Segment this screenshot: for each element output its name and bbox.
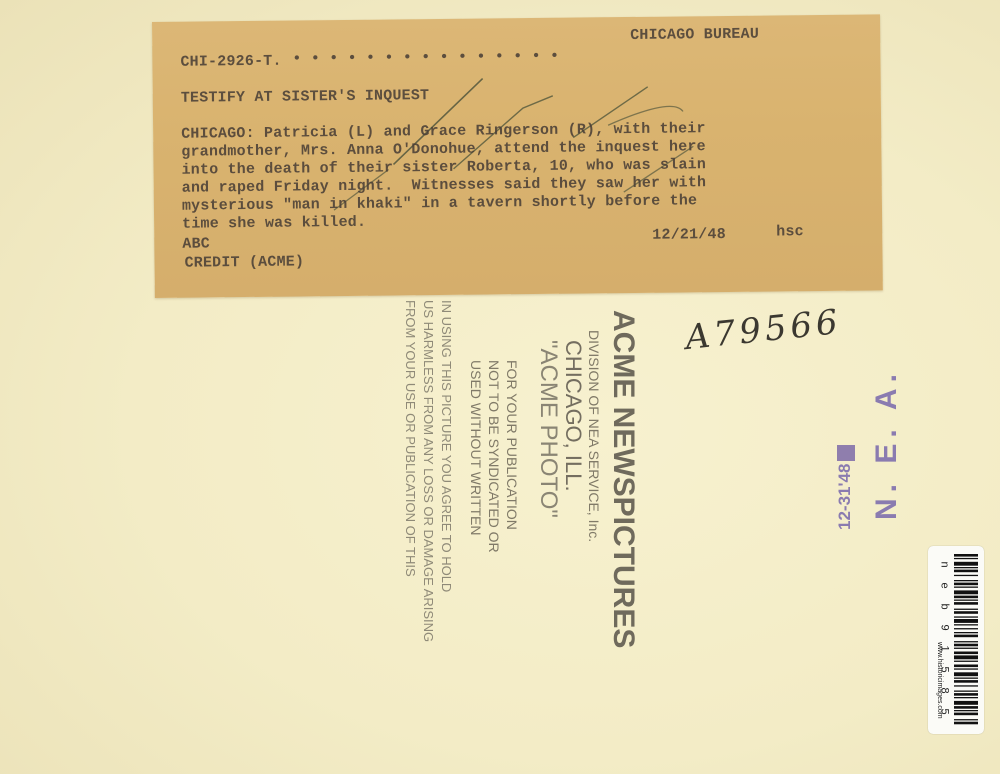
- initials: hsc: [776, 223, 804, 240]
- stamp-line: "ACME PHOTO": [534, 340, 562, 518]
- stamp-line: USED WITHOUT WRITTEN: [468, 360, 484, 536]
- stamp-line: FOR YOUR PUBLICATION: [504, 360, 520, 530]
- received-date: 12-31'48: [835, 464, 854, 530]
- barcode-char: b: [929, 604, 950, 614]
- barcode-bars: [954, 554, 978, 726]
- barcode-label: n e b 9 1 5 8 5 www.historicimages.com: [928, 546, 984, 734]
- barcode-char: 9: [929, 625, 950, 635]
- body-line: time she was killed.: [182, 214, 366, 233]
- stamp-line: US HARMLESS FROM ANY LOSS OR DAMAGE ARIS…: [421, 300, 436, 642]
- barcode-char: n: [929, 562, 950, 572]
- stamp-line: IN USING THIS PICTURE YOU AGREE TO HOLD: [439, 300, 454, 592]
- acme-back-stamp: ACME NEWSPICTURES DIVISION OF NEA SERVIC…: [390, 300, 650, 620]
- stamp-line: ACME NEWSPICTURES: [606, 310, 640, 648]
- stamp-line: NOT TO BE SYNDICATED OR: [486, 360, 502, 553]
- agency-stamp: N. E. A.: [870, 368, 904, 520]
- stamp-line: DIVISION OF NEA SERVICE, Inc.: [586, 330, 602, 542]
- leader-dots: • • • • • • • • • • • • • • •: [292, 48, 559, 68]
- credit-line: CREDIT (ACME): [184, 253, 304, 271]
- agency-code: ABC: [182, 235, 210, 252]
- ink-blot: [837, 445, 855, 461]
- barcode-char: e: [929, 583, 950, 593]
- stamp-line: CHICAGO, ILL.: [560, 340, 586, 492]
- barcode-url: www.historicimages.com: [936, 642, 943, 719]
- reference-number: CHI-2926-T.: [180, 53, 281, 71]
- caption-slip: CHI-2926-T. • • • • • • • • • • • • • • …: [152, 14, 883, 298]
- handwritten-id: A79566: [683, 302, 843, 358]
- stamp-line: FROM YOUR USE OR PUBLICATION OF THIS: [403, 300, 418, 577]
- caption-date: 12/21/48: [652, 226, 726, 244]
- bureau-label: CHICAGO BUREAU: [630, 26, 759, 44]
- headline: TESTIFY AT SISTER'S INQUEST: [181, 87, 430, 107]
- received-date-stamp: 12-31'48: [835, 445, 855, 530]
